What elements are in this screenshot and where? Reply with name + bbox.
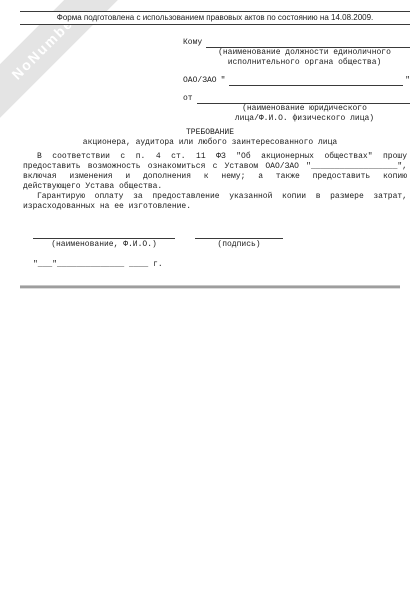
title-line-1: ТРЕБОВАНИЕ <box>0 128 420 138</box>
paragraph-1-line-3: включая изменения и дополнения к нему; а… <box>23 172 407 182</box>
company-label: ОАО/ЗАО <box>183 76 217 86</box>
document-title: ТРЕБОВАНИЕ акционера, аудитора или любог… <box>0 128 420 148</box>
paragraph-2-line-2: израсходованных на ее изготовление. <box>23 202 407 212</box>
document-page: NoNumber Форма подготовлена с использова… <box>0 0 420 600</box>
from-caption-line-1: (наименование юридического <box>183 104 410 114</box>
header-notice-text: Форма подготовлена с использованием прав… <box>57 13 374 22</box>
company-blank-line <box>229 76 403 86</box>
paragraph-2-line-1: Гарантирую оплату за предоставление указ… <box>23 192 407 202</box>
company-row: ОАО/ЗАО " " <box>183 76 410 86</box>
recipient-block: Кому (наименование должности единоличног… <box>183 38 410 124</box>
company-open-quote: " <box>221 76 226 86</box>
title-line-2: акционера, аудитора или любого заинтерес… <box>0 138 420 148</box>
to-blank-line <box>206 38 410 48</box>
footer-divider <box>20 285 400 289</box>
to-caption-line-2: исполнительного органа общества) <box>183 58 410 68</box>
from-caption-line-2: лица/Ф.И.О. физического лица) <box>183 114 410 124</box>
signature-name-column: (наименование, Ф.И.О.) <box>33 230 175 250</box>
company-close-quote: " <box>405 76 410 86</box>
body-text: В соответствии с п. 4 ст. 11 ФЗ "Об акци… <box>23 152 407 212</box>
signature-sign-caption: (подпись) <box>195 240 283 250</box>
signature-sign-blank-line <box>195 230 283 239</box>
paragraph-1-line-1: В соответствии с п. 4 ст. 11 ФЗ "Об акци… <box>23 152 407 162</box>
signature-block: (наименование, Ф.И.О.) (подпись) <box>33 230 420 250</box>
to-label: Кому <box>183 38 202 48</box>
from-label: от <box>183 94 193 104</box>
to-caption-line-1: (наименование должности единоличного <box>183 48 410 58</box>
paragraph-1-line-2: предоставить возможность ознакомиться с … <box>23 162 407 172</box>
signature-name-blank-line <box>33 230 175 239</box>
date-line: "___"______________ ____ г. <box>33 260 420 270</box>
header-notice-bar: Форма подготовлена с использованием прав… <box>20 11 410 25</box>
recipient-to-row: Кому <box>183 38 410 48</box>
from-row: от <box>183 94 410 104</box>
paragraph-1-line-4: действующего Устава общества. <box>23 182 407 192</box>
signature-sign-column: (подпись) <box>195 230 283 250</box>
from-blank-line <box>197 94 410 104</box>
signature-name-caption: (наименование, Ф.И.О.) <box>33 240 175 250</box>
